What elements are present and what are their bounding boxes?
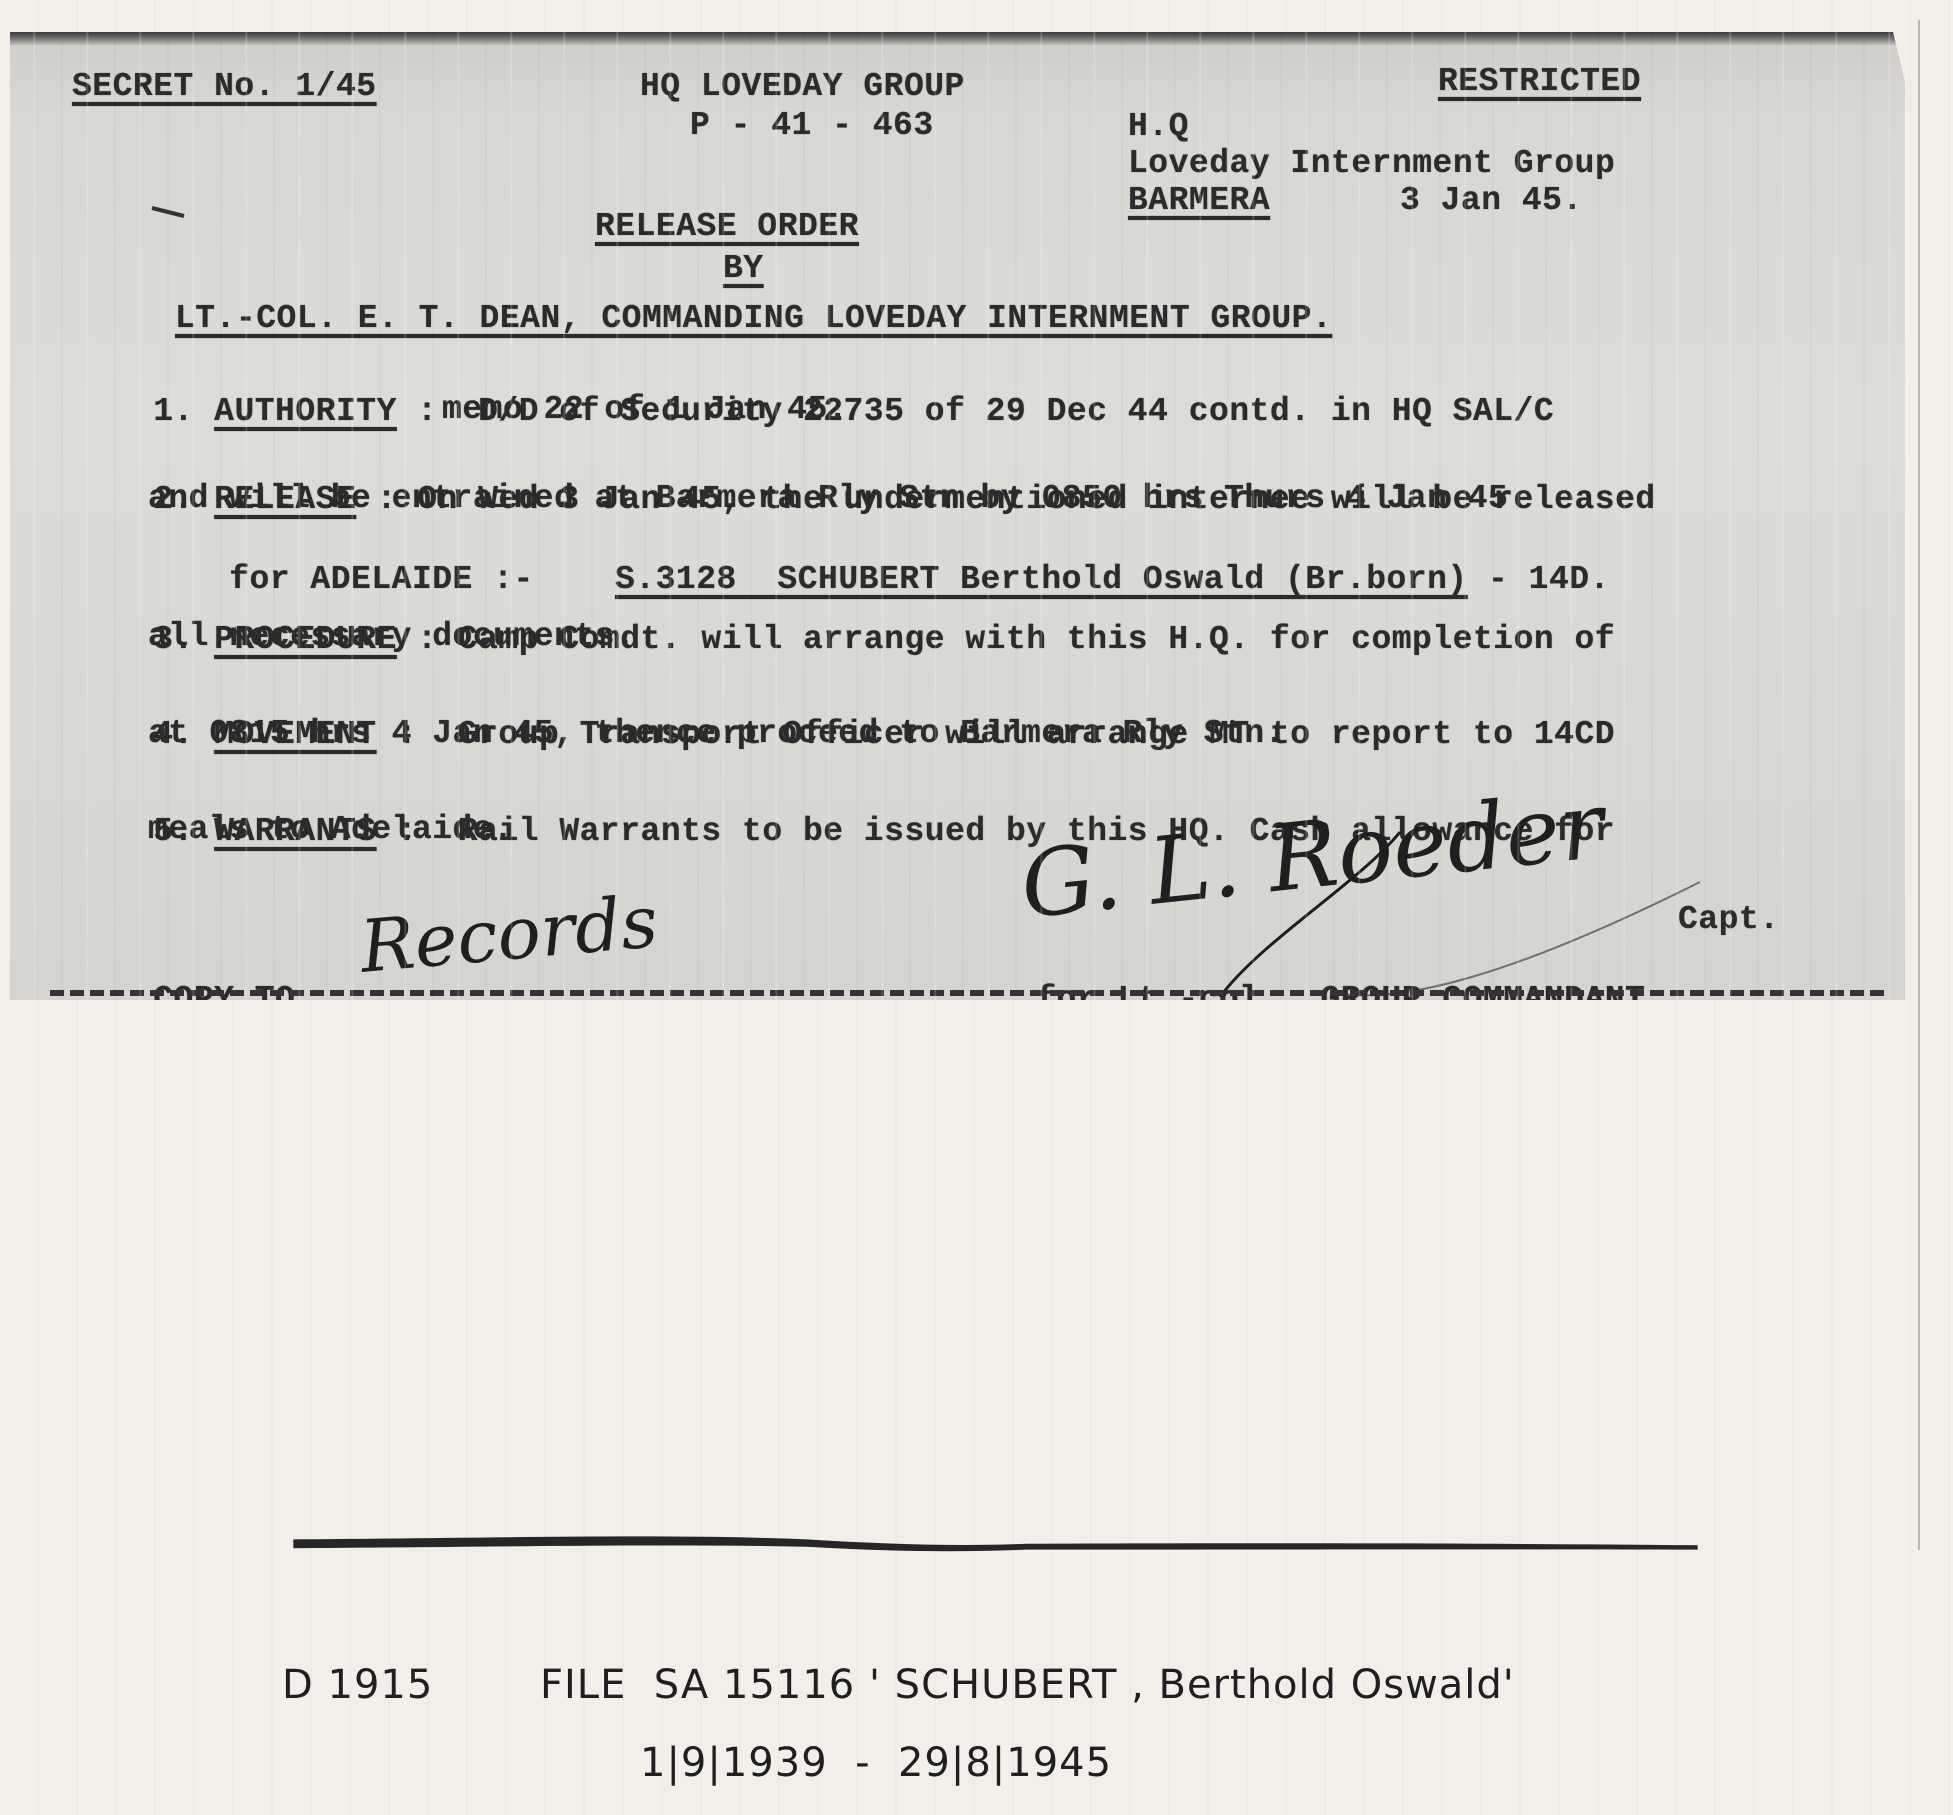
- archive-file-label: FILE SA 15116 ' SCHUBERT , Berthold Oswa…: [540, 1662, 1515, 1708]
- title-by: BY: [723, 249, 764, 289]
- paragraph-5-cont: meals to Adelaide.: [148, 810, 513, 850]
- release-order-slip: SECRET No. 1/45 HQ LOVEDAY GROUP P - 41 …: [10, 32, 1905, 1000]
- sheet-edge-line: [38, 1535, 1953, 1557]
- classification-secret: SECRET No. 1/45: [72, 67, 377, 107]
- paragraph-4-cont: at 0815 hrs 4 Jan 45, thence proceed to …: [148, 714, 1285, 754]
- paragraph-heading: AUTHORITY: [214, 393, 397, 430]
- copy-to-label: COPY TO: [153, 981, 315, 1018]
- archive-reference: D 1915: [282, 1662, 433, 1708]
- hq-heading: HQ LOVEDAY GROUP: [640, 67, 965, 107]
- paragraph-1-cont: memo 22 of 1 Jan 45.: [442, 390, 848, 430]
- archive-date-range: 1|9|1939 - 29|8|1945: [640, 1740, 1112, 1786]
- file-reference: P - 41 - 463: [690, 106, 934, 146]
- paragraph-2-cont: and will be entrained at Barmera Rly Stn…: [148, 479, 1508, 519]
- address-hq: H.Q: [1128, 107, 1189, 147]
- commandant-title: Lt.-col., GROUP COMMANDANT: [1117, 981, 1645, 1018]
- signatory-rank: Capt.: [1678, 900, 1780, 940]
- title-issuer: LT.-COL. E. T. DEAN, COMMANDING LOVEDAY …: [175, 299, 1332, 339]
- for-commandant-line: for Lt.-col., GROUP COMMANDANT: [955, 940, 1645, 1060]
- document-title: RELEASE ORDER: [595, 207, 859, 247]
- copy-to-dots: ..........................: [316, 981, 844, 1018]
- classification-restricted: RESTRICTED: [1438, 62, 1641, 102]
- paragraph-3-cont: all necessary documents.: [148, 617, 635, 657]
- document-date: 3 Jan 45.: [1400, 181, 1583, 221]
- page-edge-line: [1918, 20, 1920, 1550]
- address-group: Loveday Internment Group: [1128, 144, 1615, 184]
- dotted-rule: [50, 990, 1885, 996]
- address-place: BARMERA: [1128, 181, 1270, 221]
- scan-mark: [150, 202, 190, 222]
- paragraph-number: 1.: [153, 393, 194, 430]
